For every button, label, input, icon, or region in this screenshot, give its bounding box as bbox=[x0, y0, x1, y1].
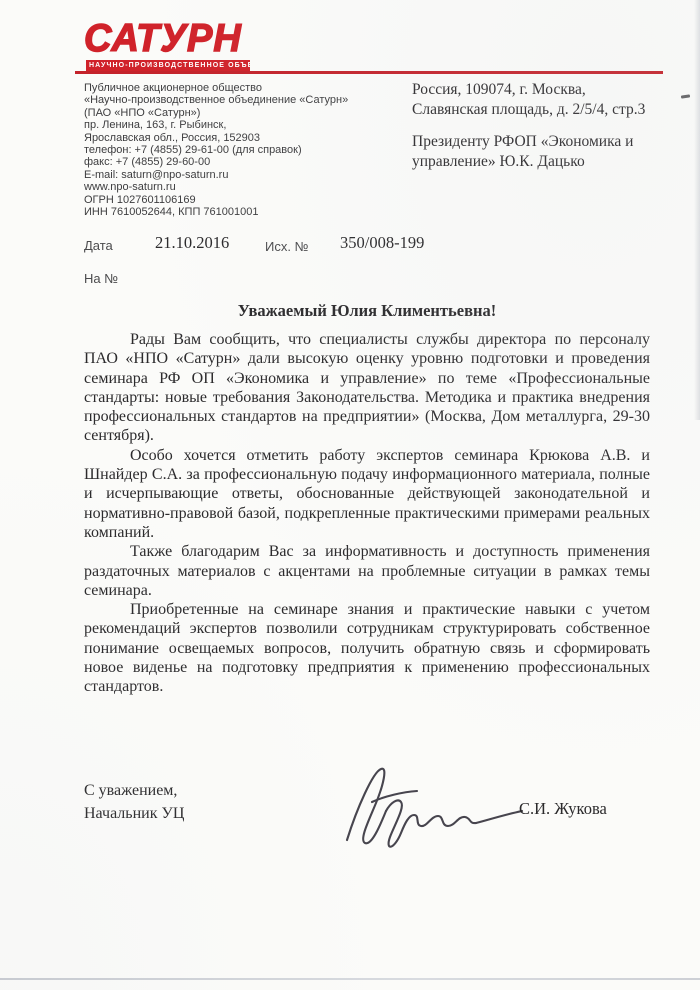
company-logo: САТУРН НАУЧНО-ПРОИЗВОДСТВЕННОЕ ОБЪЕДИНЕН… bbox=[84, 20, 250, 71]
company-line: ОГРН 1027601106169 bbox=[84, 194, 404, 206]
salutation: Уважаемый Юлия Климентьевна! bbox=[84, 301, 650, 321]
recipient-addressee-line: управление» Ю.К. Дацько bbox=[412, 152, 672, 172]
company-line: Ярославская обл., Россия, 152903 bbox=[84, 132, 404, 144]
company-line: E-mail: saturn@npo-saturn.ru bbox=[84, 169, 404, 181]
recipient-address-line: Славянская площадь, д. 2/5/4, стр.3 bbox=[412, 100, 672, 120]
company-line: ИНН 7610052644, КПП 761001001 bbox=[84, 206, 404, 218]
company-line: пр. Ленина, 163, г. Рыбинск, bbox=[84, 119, 404, 131]
signer-title: Начальник УЦ bbox=[84, 803, 184, 826]
recipient-block: Россия, 109074, г. Москва, Славянская пл… bbox=[412, 80, 672, 171]
scan-page-edge bbox=[0, 978, 700, 980]
paragraph: Рады Вам сообщить, что специалисты служб… bbox=[84, 330, 650, 446]
incoming-number-label: На № bbox=[84, 271, 118, 286]
letterhead-rule bbox=[75, 71, 663, 74]
logo-wordmark: САТУРН bbox=[84, 20, 250, 59]
scan-edge-shade bbox=[694, 0, 700, 420]
recipient-address: Россия, 109074, г. Москва, Славянская пл… bbox=[412, 80, 672, 119]
paragraph: Также благодарим Вас за информативность … bbox=[84, 542, 650, 600]
scan-speck bbox=[681, 94, 690, 98]
date-label: Дата bbox=[84, 238, 113, 253]
outgoing-number-value: 350/008-199 bbox=[340, 233, 424, 253]
scanned-letter-page: САТУРН НАУЧНО-ПРОИЗВОДСТВЕННОЕ ОБЪЕДИНЕН… bbox=[0, 0, 700, 990]
company-line: (ПАО «НПО «Сатурн») bbox=[84, 107, 404, 119]
recipient-addressee: Президенту РФОП «Экономика и управление»… bbox=[412, 132, 672, 171]
paragraph: Приобретенные на семинаре знания и практ… bbox=[84, 600, 650, 696]
letter-body: Рады Вам сообщить, что специалисты служб… bbox=[84, 330, 650, 697]
recipient-addressee-line: Президенту РФОП «Экономика и bbox=[412, 132, 672, 152]
company-line: Публичное акционерное общество bbox=[84, 82, 404, 94]
outgoing-number-label: Исх. № bbox=[265, 239, 309, 254]
company-line: www.npo-saturn.ru bbox=[84, 181, 404, 193]
signer-name: С.И. Жукова bbox=[519, 799, 607, 819]
company-requisites-block: Публичное акционерное общество «Научно-п… bbox=[84, 82, 404, 218]
closing-line: С уважением, bbox=[84, 780, 184, 803]
handwritten-signature-icon bbox=[325, 760, 525, 855]
company-line: «Научно-производственное объединение «Са… bbox=[84, 94, 404, 106]
company-line: факс: +7 (4855) 29-60-00 bbox=[84, 156, 404, 168]
date-value: 21.10.2016 bbox=[155, 233, 229, 253]
company-line: телефон: +7 (4855) 29-61-00 (для справок… bbox=[84, 144, 404, 156]
paragraph: Особо хочется отметить работу экспертов … bbox=[84, 446, 650, 542]
closing-block: С уважением, Начальник УЦ bbox=[84, 780, 184, 825]
logo-tagline: НАУЧНО-ПРОИЗВОДСТВЕННОЕ ОБЪЕДИНЕНИЕ bbox=[86, 60, 250, 71]
recipient-address-line: Россия, 109074, г. Москва, bbox=[412, 80, 672, 100]
